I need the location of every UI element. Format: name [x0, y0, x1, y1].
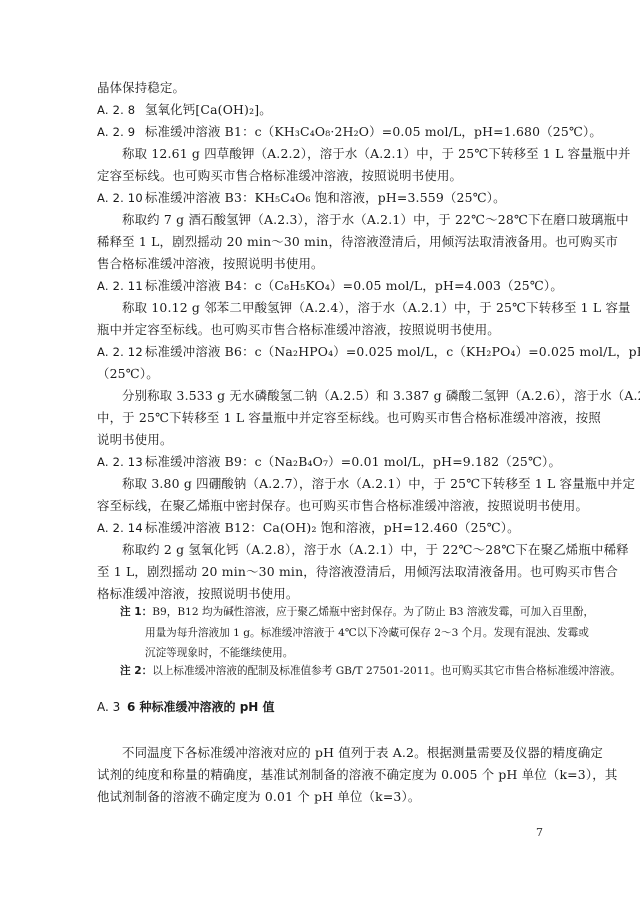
clause-text: 标准缓冲溶液 B3：KH₅C₄O₆ 饱和溶液，pH=3.559（25℃）。	[145, 190, 506, 205]
clause-a-2-11: A. 2. 11标准缓冲溶液 B4：c（C₈H₅KO₄）=0.05 mol/L，…	[97, 278, 547, 294]
paragraph-line: 称取约 7 g 酒石酸氢钾（A.2.3），溶于水（A.2.1）中，于 22℃～2…	[122, 212, 547, 228]
note-1-line-2: 用量为每升溶液加 1 g。标准缓冲溶液于 4℃以下冷藏可保存 2～3 个月。发现…	[145, 626, 589, 640]
note-1-line-3: 沉淀等现象时，不能继续使用。	[145, 646, 293, 660]
clause-text: 标准缓冲溶液 B12：Ca(OH)₂ 饱和溶液，pH=12.460（25℃）。	[145, 520, 520, 535]
paragraph-line: 称取 10.12 g 邻苯二甲酸氢钾（A.2.4），溶于水（A.2.1）中，于 …	[122, 300, 547, 316]
clause-number: A. 2. 12	[97, 344, 145, 360]
note-text: 以上标准缓冲溶液的配制及标准值参考 GB/T 27501-2011。也可购买其它…	[152, 665, 621, 677]
paragraph-line: 容至标线，在聚乙烯瓶中密封保存。也可购买市售合格标准缓冲溶液，按照说明书使用。	[97, 498, 547, 514]
paragraph-line: 他试剂制备的溶液不确定度为 0.01 个 pH 单位（k=3）。	[97, 789, 547, 805]
clause-number: A. 2. 13	[97, 454, 145, 470]
note-label: 注 2：	[120, 665, 152, 677]
paragraph-line: 至 1 L，剧烈摇动 20 min～30 min，待溶液澄清后，用倾泻法取清液备…	[97, 564, 547, 580]
clause-a-2-8: A. 2. 8氢氧化钙[Ca(OH)₂]。	[97, 102, 547, 118]
paragraph-line: 稀释至 1 L，剧烈摇动 20 min～30 min，待溶液澄清后，用倾泻法取清…	[97, 234, 547, 250]
section-number: A. 3	[97, 699, 127, 715]
clause-a-2-14: A. 2. 14标准缓冲溶液 B12：Ca(OH)₂ 饱和溶液，pH=12.46…	[97, 520, 547, 536]
paragraph-line: 定容至标线。也可购买市售合格标准缓冲溶液，按照说明书使用。	[97, 168, 547, 184]
section-title: 6 种标准缓冲溶液的 pH 值	[127, 700, 275, 714]
clause-text: 氢氧化钙[Ca(OH)₂]。	[145, 102, 272, 117]
clause-number: A. 2. 10	[97, 190, 145, 206]
paragraph-line: 瓶中并定容至标线。也可购买市售合格标准缓冲溶液，按照说明书使用。	[97, 322, 547, 338]
paragraph-line: 中，于 25℃下转移至 1 L 容量瓶中并定容至标线。也可购买市售合格标准缓冲溶…	[97, 410, 547, 426]
clause-text: 标准缓冲溶液 B6：c（Na₂HPO₄）=0.025 mol/L，c（KH₂PO…	[145, 344, 640, 359]
clause-text: 标准缓冲溶液 B9：c（Na₂B₄O₇）=0.01 mol/L，pH=9.182…	[145, 454, 561, 469]
document-page: 晶体保持稳定。 A. 2. 8氢氧化钙[Ca(OH)₂]。 A. 2. 9标准缓…	[0, 0, 640, 905]
clause-number: A. 2. 9	[97, 124, 145, 140]
note-2: 注 2：以上标准缓冲溶液的配制及标准值参考 GB/T 27501-2011。也可…	[120, 664, 621, 678]
paragraph-line: 售合格标准缓冲溶液，按照说明书使用。	[97, 256, 547, 272]
note-1: 注 1：B9，B12 均为碱性溶液，应于聚乙烯瓶中密封保存。为了防止 B3 溶液…	[120, 605, 594, 619]
note-label: 注 1：	[120, 606, 152, 618]
clause-number: A. 2. 8	[97, 102, 145, 118]
clause-a-2-12: A. 2. 12标准缓冲溶液 B6：c（Na₂HPO₄）=0.025 mol/L…	[97, 344, 547, 360]
paragraph-line: （25℃）。	[97, 366, 547, 382]
page-number: 7	[536, 826, 543, 839]
paragraph-line: 分别称取 3.533 g 无水磷酸氢二钠（A.2.5）和 3.387 g 磷酸二…	[122, 388, 547, 404]
clause-text: 标准缓冲溶液 B1：c（KH₃C₄O₈·2H₂O）=0.05 mol/L，pH=…	[145, 124, 602, 139]
paragraph-line: 称取 12.61 g 四草酸钾（A.2.2），溶于水（A.2.1）中，于 25℃…	[122, 146, 547, 162]
clause-number: A. 2. 11	[97, 278, 145, 294]
clause-text: 标准缓冲溶液 B4：c（C₈H₅KO₄）=0.05 mol/L，pH=4.003…	[145, 278, 563, 293]
paragraph-line: 试剂的纯度和称量的精确度，基准试剂制备的溶液不确定度为 0.005 个 pH 单…	[97, 767, 547, 783]
paragraph-line: 不同温度下各标准缓冲溶液对应的 pH 值列于表 A.2。根据测量需要及仪器的精度…	[122, 745, 547, 761]
section-heading-a-3: A. 36 种标准缓冲溶液的 pH 值	[97, 699, 275, 715]
paragraph-line: 格标准缓冲溶液，按照说明书使用。	[97, 586, 547, 602]
note-text: B9，B12 均为碱性溶液，应于聚乙烯瓶中密封保存。为了防止 B3 溶液发霉，可…	[152, 606, 594, 618]
clause-a-2-10: A. 2. 10标准缓冲溶液 B3：KH₅C₄O₆ 饱和溶液，pH=3.559（…	[97, 190, 547, 206]
clause-a-2-9: A. 2. 9标准缓冲溶液 B1：c（KH₃C₄O₈·2H₂O）=0.05 mo…	[97, 124, 547, 140]
paragraph-line: 称取约 2 g 氢氧化钙（A.2.8），溶于水（A.2.1）中，于 22℃～28…	[122, 542, 547, 558]
text-line: 晶体保持稳定。	[97, 80, 547, 96]
paragraph-line: 说明书使用。	[97, 432, 547, 448]
paragraph-line: 称取 3.80 g 四硼酸钠（A.2.7），溶于水（A.2.1）中，于 25℃下…	[122, 476, 547, 492]
clause-number: A. 2. 14	[97, 520, 145, 536]
clause-a-2-13: A. 2. 13标准缓冲溶液 B9：c（Na₂B₄O₇）=0.01 mol/L，…	[97, 454, 547, 470]
